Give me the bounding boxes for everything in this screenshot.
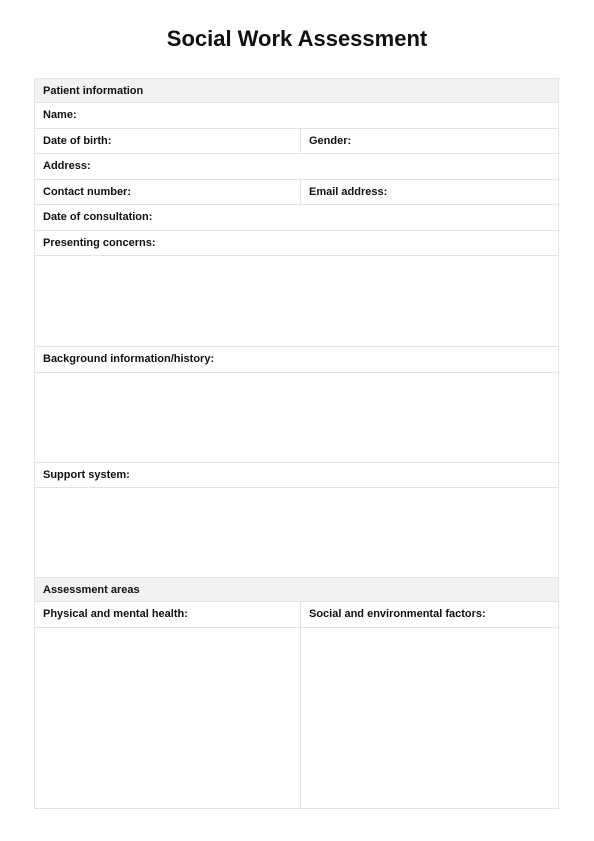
social-environmental-factors-label: Social and environmental factors: — [301, 602, 559, 628]
social-environmental-factors-input-area[interactable] — [301, 627, 559, 808]
assessment-areas-heading: Assessment areas — [35, 578, 559, 602]
presenting-concerns-input-area[interactable] — [35, 256, 559, 347]
physical-mental-health-input-area[interactable] — [35, 627, 301, 808]
email-address-field[interactable]: Email address: — [301, 179, 559, 205]
assessment-form: Patient information Name: Date of birth:… — [34, 78, 559, 809]
support-system-input-area[interactable] — [35, 488, 559, 578]
background-information-input-area[interactable] — [35, 372, 559, 462]
background-information-label: Background information/history: — [35, 347, 559, 373]
presenting-concerns-label: Presenting concerns: — [35, 230, 559, 256]
date-of-birth-field[interactable]: Date of birth: — [35, 128, 301, 154]
page-title: Social Work Assessment — [0, 26, 594, 52]
support-system-label: Support system: — [35, 462, 559, 488]
section-header-patient-information: Patient information — [35, 79, 559, 103]
patient-information-heading: Patient information — [35, 79, 559, 103]
date-of-consultation-field[interactable]: Date of consultation: — [35, 205, 559, 231]
contact-number-field[interactable]: Contact number: — [35, 179, 301, 205]
section-header-assessment-areas: Assessment areas — [35, 578, 559, 602]
physical-mental-health-label: Physical and mental health: — [35, 602, 301, 628]
name-field[interactable]: Name: — [35, 103, 559, 129]
gender-field[interactable]: Gender: — [301, 128, 559, 154]
address-field[interactable]: Address: — [35, 154, 559, 180]
